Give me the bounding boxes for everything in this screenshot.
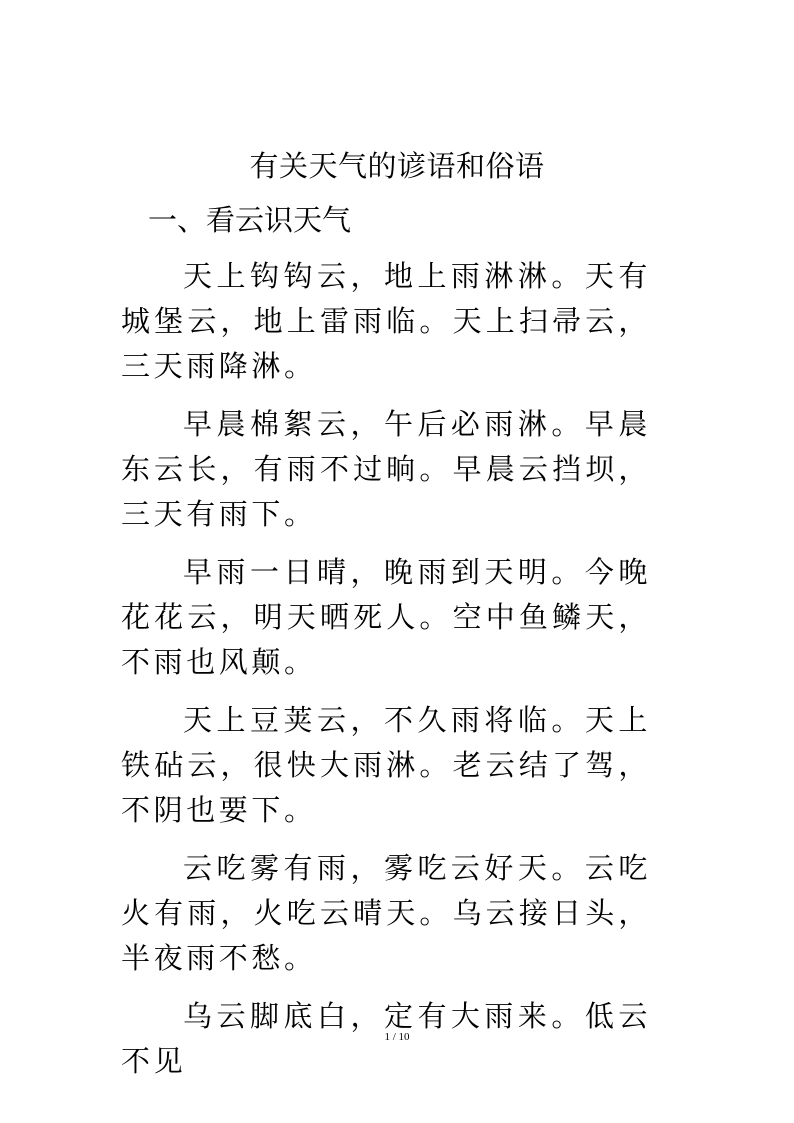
paragraph: 天上钩钩云，地上雨淋淋。天有城堡云，地上雷雨临。天上扫帚云，三天雨降淋。: [121, 254, 651, 389]
paragraph: 云吃雾有雨，雾吃云好天。云吃火有雨，火吃云晴天。乌云接日头，半夜雨不愁。: [121, 846, 651, 981]
paragraph: 早雨一日晴，晚雨到天明。今晚花花云，明天晒死人。空中鱼鳞天，不雨也风颠。: [121, 550, 651, 685]
document-body: 天上钩钩云，地上雨淋淋。天有城堡云，地上雷雨临。天上扫帚云，三天雨降淋。 早晨棉…: [121, 254, 651, 1097]
document-page: 有关天气的谚语和俗语 一、看云识天气 天上钩钩云，地上雨淋淋。天有城堡云，地上雷…: [0, 0, 794, 1123]
page-number: 1 / 10: [0, 1031, 794, 1043]
paragraph: 天上豆荚云，不久雨将临。天上铁砧云，很快大雨淋。老云结了驾，不阴也要下。: [121, 698, 651, 833]
paragraph: 早晨棉絮云，午后必雨淋。早晨东云长，有雨不过晌。早晨云挡坝，三天有雨下。: [121, 402, 651, 537]
document-title: 有关天气的谚语和俗语: [0, 146, 794, 186]
section-heading: 一、看云识天气: [148, 200, 351, 240]
